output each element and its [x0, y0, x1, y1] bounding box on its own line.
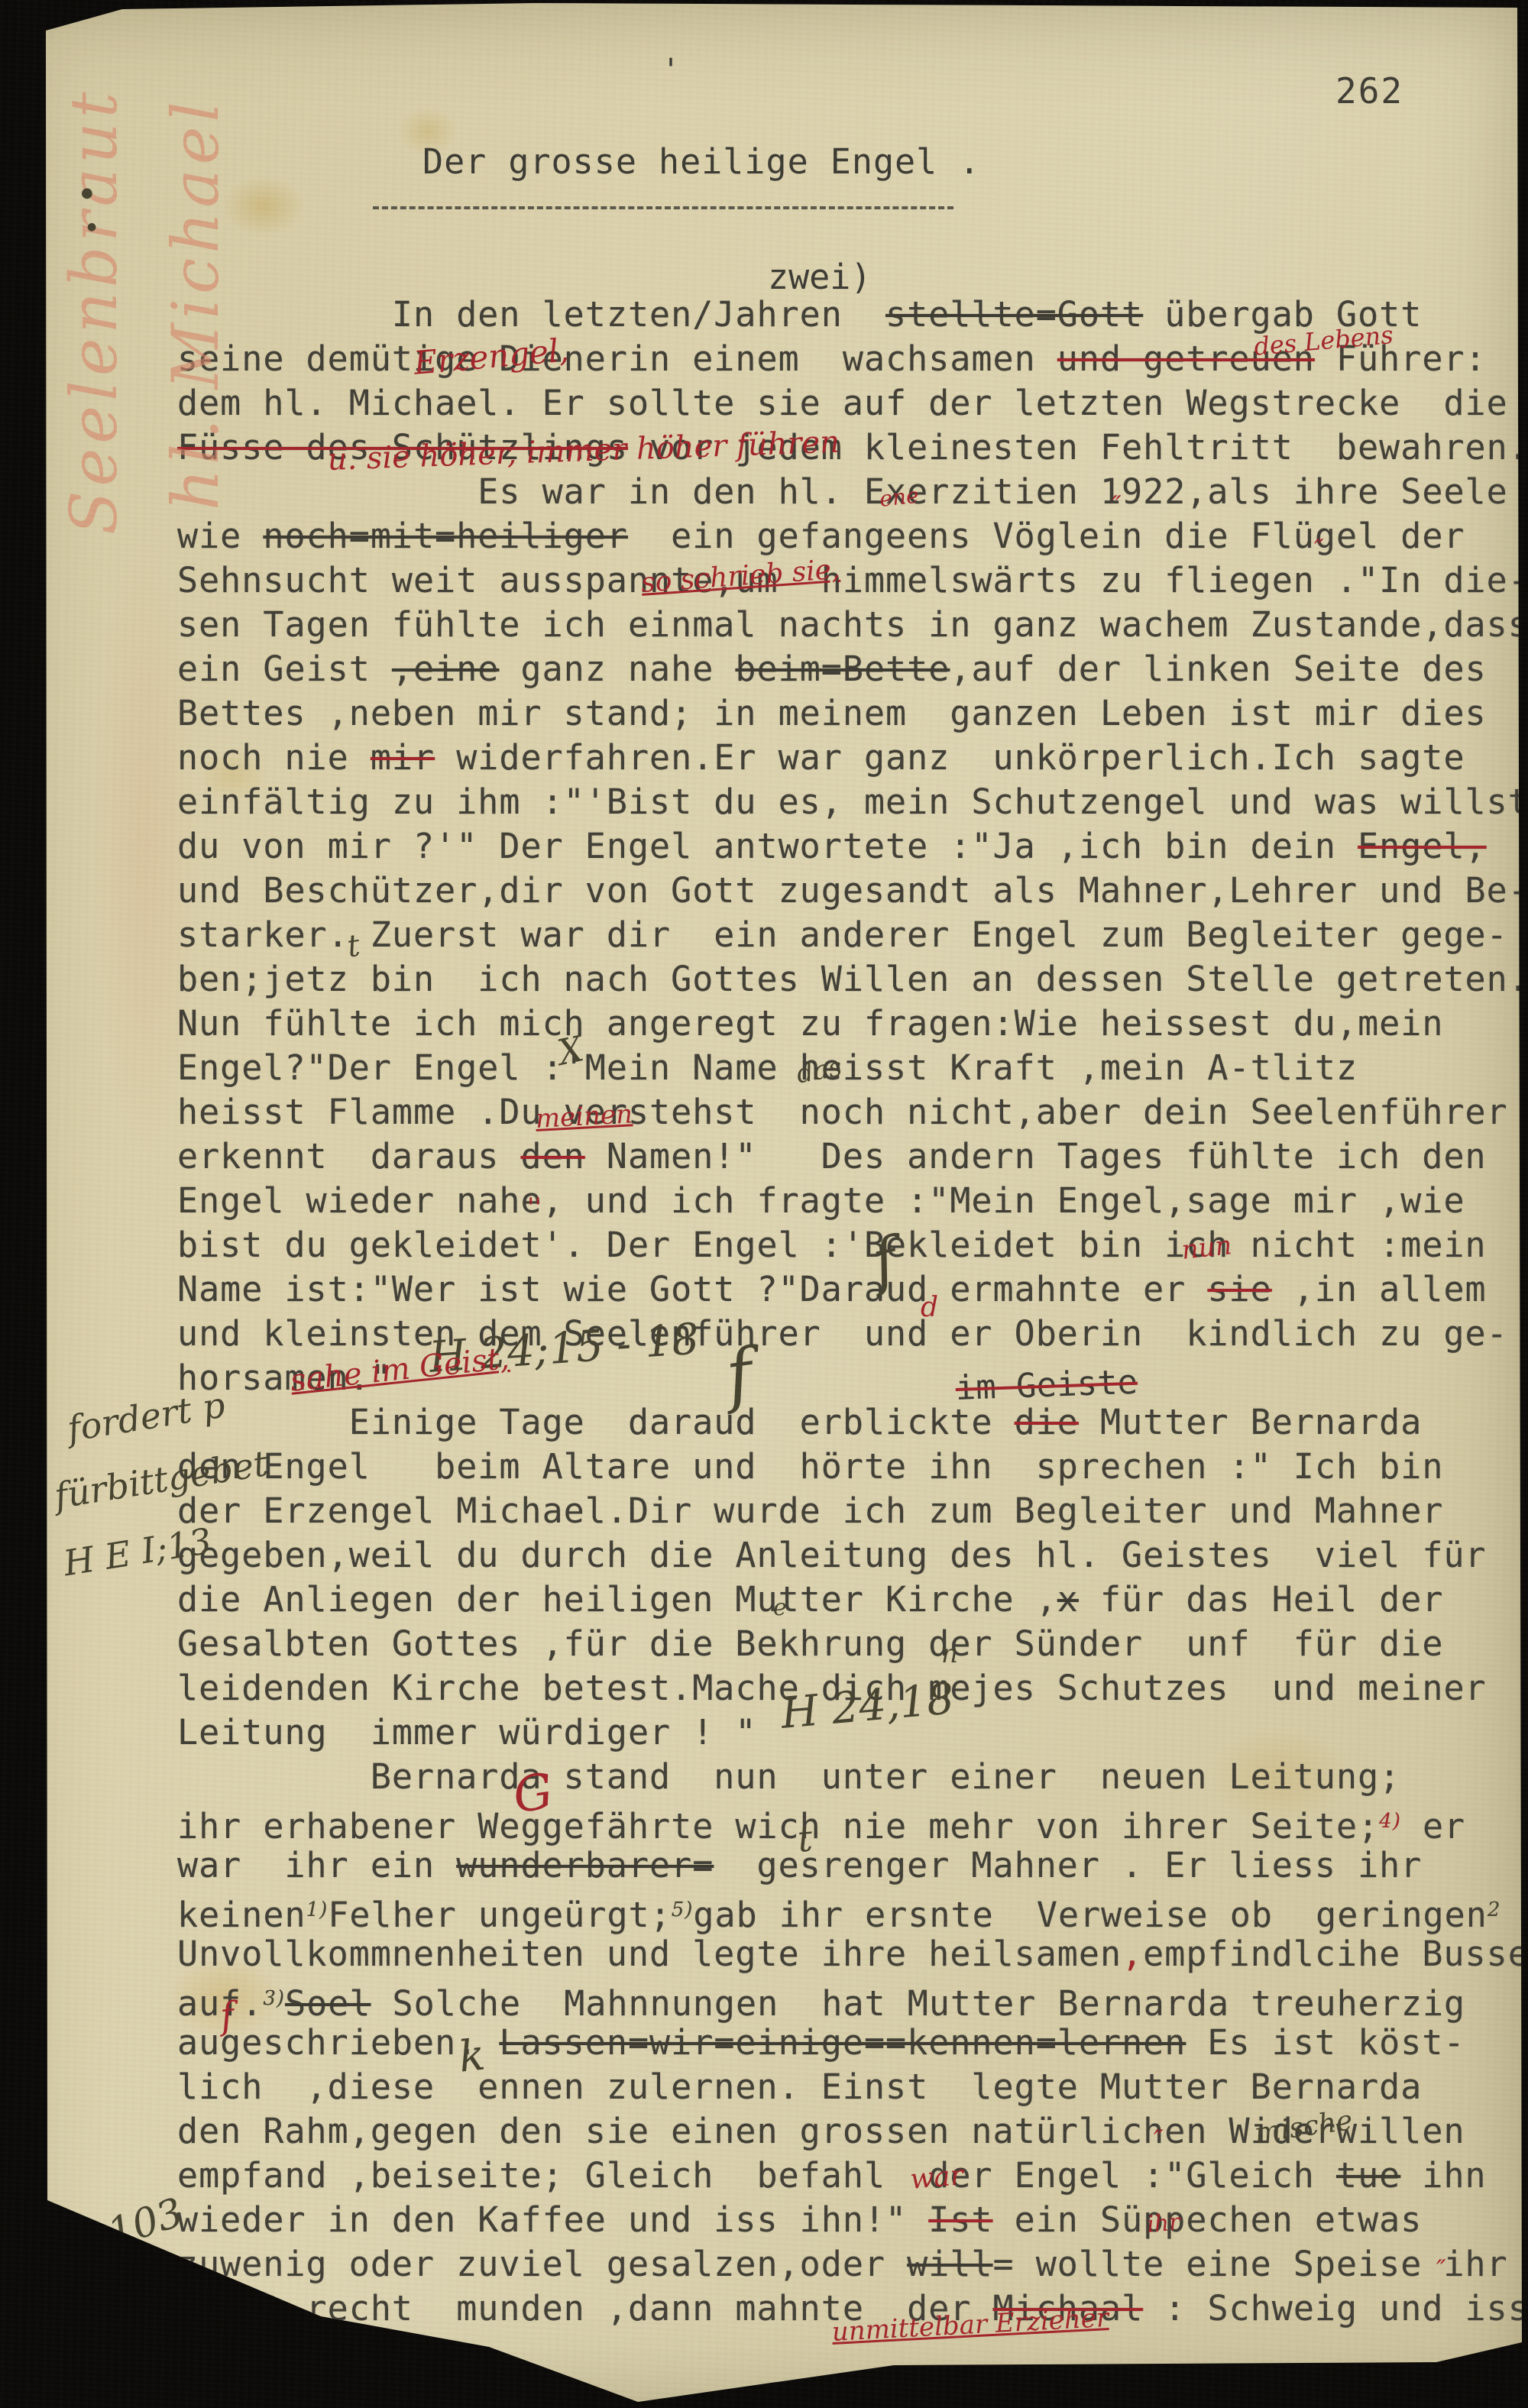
typed-segment: wieder in den Kaffee und iss ihn!"	[177, 2199, 928, 2240]
typed-segment: Ist	[928, 2199, 992, 2240]
typed-segment: lich ,diese ennen zulernen. Einst legte …	[177, 2067, 1422, 2107]
typed-segment: noch nie	[177, 737, 371, 778]
typed-segment: gegeben,weil du durch die Anleitung des …	[177, 1535, 1487, 1575]
typed-segment: Namen!" Des andern Tages fühlte ich den	[585, 1136, 1487, 1176]
typed-segment: gab ihr ersnte Verweise ob geringen	[693, 1895, 1487, 1935]
typed-line: ben;jetz bin ich nach Gottes Willen an d…	[177, 957, 1528, 1002]
red-insertion-meinen: meinen	[535, 1101, 633, 1132]
typed-line: sen Tagen fühlte ich einmal nachts in ga…	[177, 603, 1528, 647]
typed-line: Name ist:"Wer ist wie Gott ?"Daraud erma…	[177, 1267, 1528, 1312]
typed-line: gegeben,weil du durch die Anleitung des …	[177, 1533, 1528, 1578]
typed-line: und Beschützer,dir von Gott zugesandt al…	[177, 869, 1528, 913]
typed-segment: Nun fühlte ich mich angeregt zu fragen:W…	[177, 1003, 1443, 1044]
typed-segment: = wollte eine Speise ihr	[993, 2244, 1508, 2284]
typed-segment: Bernarda stand nun unter einer neuen Lei…	[177, 1756, 1400, 1797]
typed-segment: stellte=Gott	[885, 294, 1143, 335]
typed-segment: erkennt daraus	[177, 1136, 520, 1176]
red-insertion-ihr: ihr	[1146, 2211, 1181, 2237]
red-insertion-war: war	[909, 2162, 964, 2194]
typed-line: du von mir ?'" Der Engel antwortete :"Ja…	[177, 824, 1528, 869]
ink-correction-k-kennen: k	[457, 2034, 487, 2079]
typed-line: ihr erhabener Weggefährte wich nie mehr …	[177, 1799, 1528, 1843]
typed-segment: zuwenig oder zuviel gesalzen,oder	[177, 2244, 907, 2284]
typed-segment: ben;jetz bin ich nach Gottes Willen an d…	[177, 959, 1528, 999]
typed-line: und kleinsten dem Seelenführer und er Ob…	[177, 1312, 1528, 1356]
typed-segment: die Anliegen der heiligen Mutter Kirche …	[177, 1579, 1057, 1620]
margin-pencil-seelenbraut: Seelenbraut	[62, 87, 126, 535]
typed-segment: Name ist:"Wer ist wie Gott ?"Daraud erma…	[177, 1269, 1207, 1309]
ink-insertion-e-bekehrung: e	[773, 1597, 787, 1620]
typed-line: noch nie mir widerfahren.Er war ganz unk…	[177, 736, 1528, 780]
typed-segment: ,eine	[392, 649, 499, 689]
typed-line: heisst Flamme .Du verstehst noch nicht,a…	[177, 1090, 1528, 1134]
typed-segment: noch=mit=heiliger	[263, 516, 628, 556]
page-number: 262	[1335, 70, 1403, 112]
typed-line: starker. Zuerst war dir ein anderer Enge…	[177, 913, 1528, 957]
typed-segment: Engel wieder nahe, und ich fragte :"Mein…	[177, 1180, 1465, 1221]
typed-segment: 2	[1488, 1888, 1501, 1932]
typed-line: erkennt daraus den Namen!" Des andern Ta…	[177, 1134, 1528, 1179]
typed-line: zuwenig oder zuviel gesalzen,oder will= …	[177, 2242, 1528, 2287]
typed-line: bist du gekleidet'. Der Engel :'Bekleide…	[177, 1223, 1528, 1267]
ink-insertion-t-gestrenger: t	[796, 1820, 814, 1857]
typed-segment: wie	[177, 516, 263, 556]
red-insertion-d: d	[921, 1294, 938, 1322]
typed-segment: empfindlcihe Busse	[1143, 1934, 1528, 1974]
typed-segment: starker. Zuerst war dir ein anderer Enge…	[177, 914, 1508, 955]
typed-segment: sen Tagen fühlte ich einmal nachts in ga…	[177, 604, 1528, 645]
red-insertion-nun: nun	[1180, 1232, 1233, 1264]
typed-segment: ein gefangeens Vöglein die Flügel der	[628, 516, 1465, 556]
typed-segment: heisst Flamme .Du verstehst noch nicht,a…	[177, 1092, 1508, 1132]
typed-segment: ,	[1122, 1934, 1143, 1974]
typed-segment: 1)	[306, 1888, 329, 1932]
margin-pencil-hl-michael: hl. Michael	[163, 97, 228, 510]
typed-line: die Anliegen der heiligen Mutter Kirche …	[177, 1578, 1528, 1622]
typed-line: Nun fühlte ich mich angeregt zu fragen:W…	[177, 1002, 1528, 1046]
paper-stain	[222, 176, 306, 237]
typed-line: Engel wieder nahe, und ich fragte :"Mein…	[177, 1179, 1528, 1223]
typed-segment: keinen	[177, 1895, 306, 1935]
typed-segment: ein Geist	[177, 649, 392, 689]
typed-segment: Einige Tage daraud erblickte	[177, 1402, 1015, 1442]
ink-speck-2: ●	[87, 222, 96, 232]
typed-segment: für das Heil der	[1079, 1579, 1444, 1620]
typed-line: der Erzengel Michael.Dir wurde ich zum B…	[177, 1489, 1528, 1533]
typed-line: keinen1)Felher ungeürgt;5)gab ihr ersnte…	[177, 1888, 1528, 1932]
typed-segment: und Beschützer,dir von Gott zugesandt al…	[177, 870, 1528, 911]
typed-segment: ihn	[1400, 2155, 1486, 2196]
typed-segment: der Erzengel Michael.Dir wurde ich zum B…	[177, 1490, 1443, 1531]
stray-typed-mark: '	[662, 55, 680, 86]
typed-segment: Sehnsucht weit ausspannte,um himmelswärt…	[177, 560, 1528, 600]
red-ditto-mark-3: ″	[1154, 2127, 1164, 2153]
typed-line: Einige Tage daraud erblickte die Mutter …	[177, 1400, 1528, 1445]
typed-segment: 3)	[263, 1976, 285, 2021]
typed-segment: Engel,	[1358, 826, 1487, 866]
scanned-page-canvas: 262 Der grosse heilige Engel . In den le…	[0, 0, 1528, 2408]
typed-segment: Mutter Bernarda	[1079, 1402, 1422, 1442]
typed-line: dem hl. Michael. Er sollte sie auf der l…	[177, 381, 1528, 426]
typed-segment: seine demütige Dienerin einem wachsamen	[177, 338, 1057, 379]
typed-segment: : Schweig und iss!	[1143, 2288, 1528, 2329]
typed-line: Gesalbten Gottes ,für die Bekhrung der S…	[177, 1622, 1528, 1666]
title-underline	[373, 206, 953, 209]
typed-segment: den	[520, 1136, 584, 1176]
typed-segment: gesrenger Mahner . Er liess ihr	[714, 1845, 1422, 1885]
typed-segment: den Engel beim Altare und hörte ihn spre…	[177, 1446, 1443, 1487]
typed-segment: Felher ungeürgt;	[328, 1895, 671, 1935]
typed-segment: mir	[371, 737, 435, 778]
typed-segment: Es ist köst-	[1186, 2022, 1465, 2063]
typed-segment: einfältig zu ihm :"'Bist du es, mein Sch…	[177, 782, 1528, 822]
typed-segment: ein Süppechen etwas	[993, 2199, 1423, 2240]
typed-segment: ,in allem	[1272, 1269, 1487, 1309]
typed-segment: und kleinsten dem Seelenführer und er Ob…	[177, 1313, 1508, 1354]
manuscript-paper: 262 Der grosse heilige Engel . In den le…	[0, 0, 1528, 2408]
ink-insertion-n-meines: n	[941, 1641, 958, 1667]
typed-line: auf.3)Soel Solche Mahnnungen hat Mutter …	[177, 1976, 1528, 2021]
red-ditto-mark-1: ″	[1112, 493, 1122, 519]
typed-segment: die	[1015, 1402, 1079, 1442]
typed-line: augeschrieben. Lassen=wir=einige==kennen…	[177, 2021, 1528, 2065]
typed-segment: du von mir ?'" Der Engel antwortete :"Ja…	[177, 826, 1358, 866]
typed-segment: dem hl. Michael. Er sollte sie auf der l…	[177, 383, 1508, 423]
typed-line: Sehnsucht weit ausspannte,um himmelswärt…	[177, 558, 1528, 603]
typed-line: Bernarda stand nun unter einer neuen Lei…	[177, 1755, 1528, 1799]
typed-segment: war ihr ein	[177, 1845, 456, 1885]
typed-segment: Es war in den hl. Exerzitien 1922,als ih…	[177, 471, 1508, 512]
ink-insertion-das: das	[795, 1054, 843, 1088]
typed-segment: x	[1057, 1579, 1079, 1620]
typed-segment: In den letzten/Jahren	[177, 294, 885, 335]
typed-segment: empfand ,beiseite; Gleich befahl der Eng…	[177, 2155, 1336, 2196]
typed-segment: Bettes ,neben mir stand; in meinem ganze…	[177, 693, 1487, 733]
typed-segment: 5)	[672, 1888, 694, 1932]
typed-segment: bist du gekleidet'. Der Engel :'Bekleide…	[177, 1225, 1487, 1265]
typed-segment: Unvollkommnenheiten und legte ihre heils…	[177, 1934, 1122, 1974]
typed-insertion-zwei: zwei)	[768, 260, 871, 294]
margin-note-2-103: 2.103	[67, 2193, 188, 2265]
red-quote-marks: ''	[527, 1195, 542, 1221]
ink-speck-1: ●	[81, 186, 93, 200]
typed-line: den Engel beim Altare und hörte ihn spre…	[177, 1445, 1528, 1489]
typed-line: einfältig zu ihm :"'Bist du es, mein Sch…	[177, 780, 1528, 824]
typed-line: Engel?"Der Engel :'Mein Name heisst Kraf…	[177, 1046, 1528, 1090]
page-title: Der grosse heilige Engel .	[422, 141, 980, 182]
typed-segment: will	[907, 2244, 992, 2284]
typed-segment: wunderbarer=	[456, 1845, 714, 1885]
red-ditto-mark-2: ″	[1314, 536, 1324, 562]
red-correction-ene: ene	[879, 485, 920, 510]
typed-segment: Lassen=wir=einige==kennen=lernen	[499, 2022, 1186, 2063]
typed-segment: sie	[1207, 1269, 1271, 1309]
typed-segment: 4)	[1379, 1799, 1401, 1843]
typed-line: Es war in den hl. Exerzitien 1922,als ih…	[177, 470, 1528, 514]
typed-segment: widerfahren.Er war ganz unkörperlich.Ich…	[435, 737, 1465, 778]
typed-text: In den letzten/Jahren stellte=Gott überg…	[177, 293, 1528, 2331]
typed-segment: beim=Bette	[735, 649, 950, 689]
typed-segment: Solche Mahnnungen hat Mutter Bernarda tr…	[371, 1983, 1465, 2024]
typed-segment: ihr erhabener Weggefährte wich nie mehr …	[177, 1806, 1379, 1846]
typed-segment: Soel	[285, 1983, 371, 2024]
typed-segment: ,auf der linken Seite des	[950, 649, 1486, 689]
red-correction-g-weggefaehrte: G	[510, 1767, 556, 1821]
typed-segment: Engel?"Der Engel :'Mein Name heisst Kraf…	[177, 1047, 1358, 1088]
typed-line: Unvollkommnenheiten und legte ihre heils…	[177, 1932, 1528, 1976]
typed-line: wieder in den Kaffee und iss ihn!" Ist e…	[177, 2198, 1528, 2242]
red-ditto-mark-4: ″	[1436, 2257, 1446, 2283]
typed-line: lich ,diese ennen zulernen. Einst legte …	[177, 2065, 1528, 2109]
typed-line: ein Geist ,eine ganz nahe beim=Bette,auf…	[177, 647, 1528, 691]
typed-line: war ihr ein wunderbarer= gesrenger Mahne…	[177, 1843, 1528, 1888]
typed-segment: tue	[1336, 2155, 1400, 2196]
typed-segment: ganz nahe	[499, 649, 735, 689]
typed-segment: Leitung immer würdiger ! "	[177, 1712, 757, 1753]
typed-line: Bettes ,neben mir stand; in meinem ganze…	[177, 691, 1528, 736]
typed-line: wie noch=mit=heiliger ein gefangeens Vög…	[177, 514, 1528, 558]
typed-segment: er	[1401, 1806, 1465, 1846]
typed-segment: Gesalbten Gottes ,für die Bekhrung der S…	[177, 1623, 1443, 1664]
typed-line: empfand ,beiseite; Gleich befahl der Eng…	[177, 2154, 1528, 2198]
typed-insertion-im-geiste: im Geiste	[955, 1366, 1138, 1406]
